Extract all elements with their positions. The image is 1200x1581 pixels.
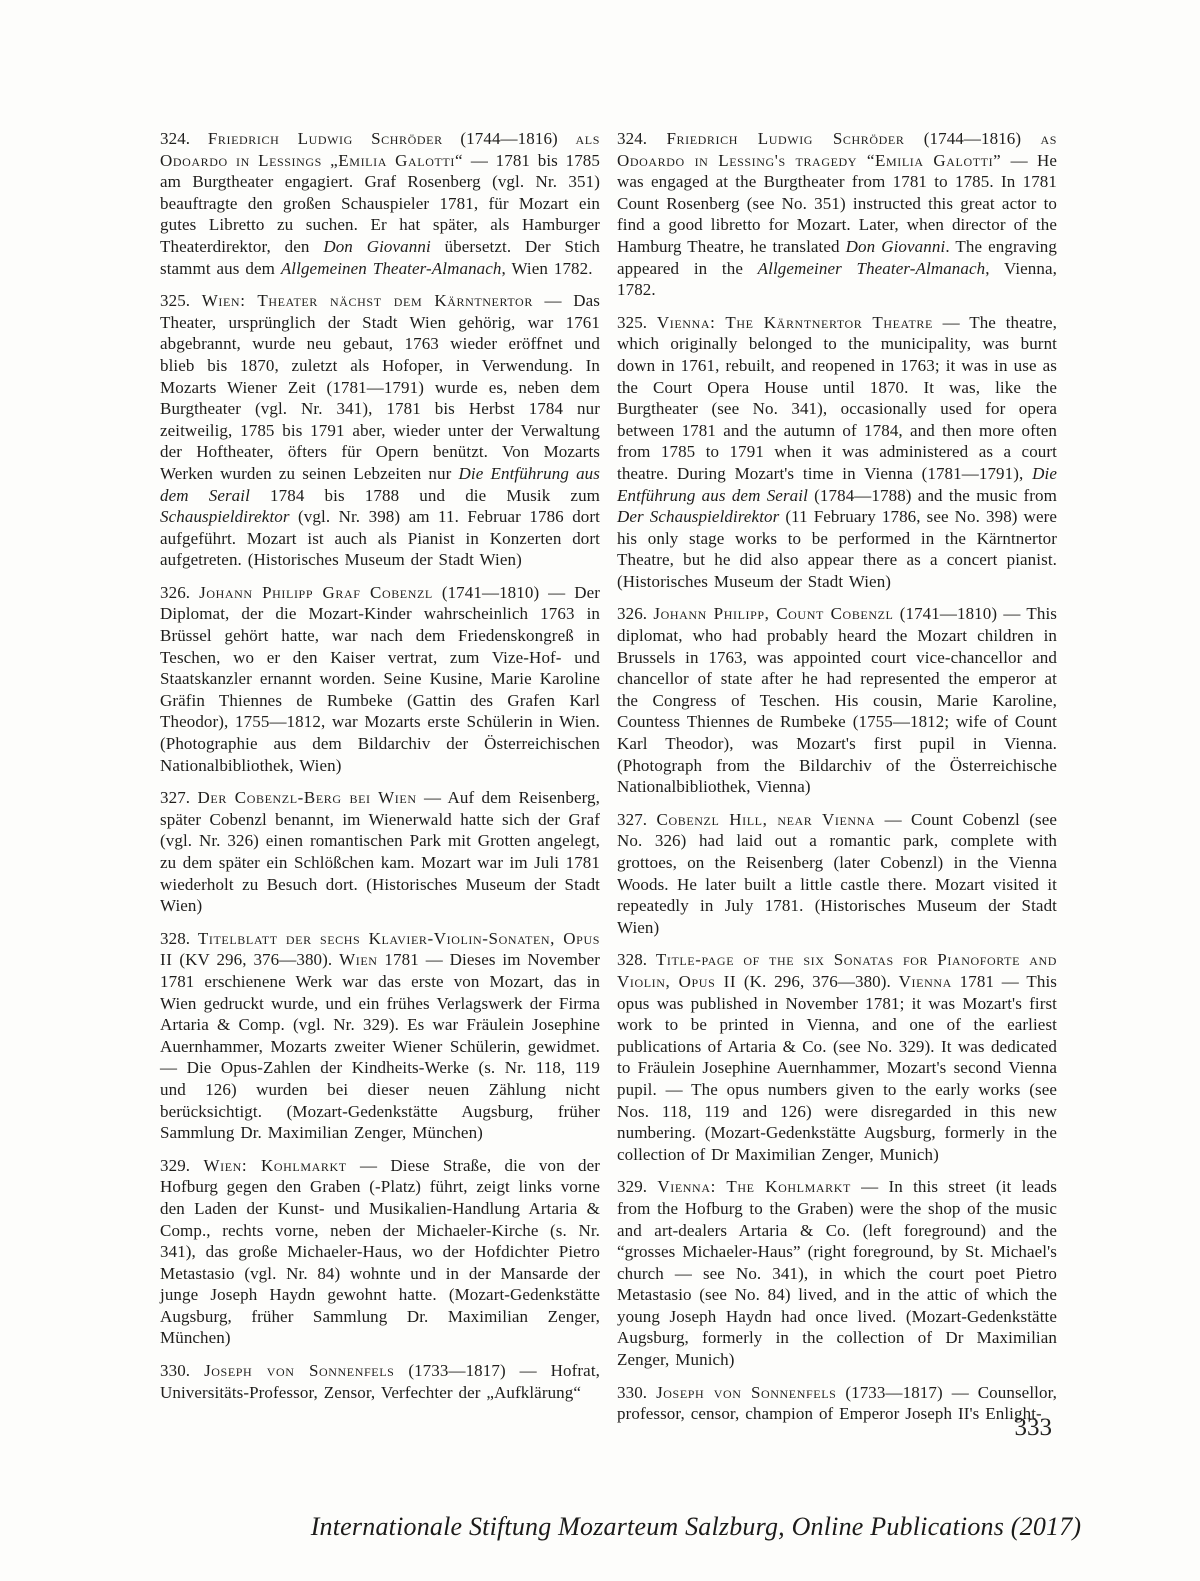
entry-327-german: 327. Der Cobenzl-Berg bei Wien — Auf dem… <box>160 787 600 917</box>
footer-credit: Internationale Stiftung Mozarteum Salzbu… <box>0 1512 1200 1542</box>
english-column: 324. Friedrich Ludwig Schröder (1744—181… <box>617 128 1057 1436</box>
entry-328-german: 328. Titelblatt der sechs Klavier-Violin… <box>160 928 600 1144</box>
entry-324-english: 324. Friedrich Ludwig Schröder (1744—181… <box>617 128 1057 301</box>
text-columns: 324. Friedrich Ludwig Schröder (1744—181… <box>160 128 1057 1436</box>
german-column: 324. Friedrich Ludwig Schröder (1744—181… <box>160 128 600 1436</box>
entry-326-german: 326. Johann Philipp Graf Cobenzl (1741—1… <box>160 582 600 776</box>
entry-329-german: 329. Wien: Kohlmarkt — Diese Straße, die… <box>160 1155 600 1349</box>
entry-326-english: 326. Johann Philipp, Count Cobenzl (1741… <box>617 603 1057 797</box>
entry-324-german: 324. Friedrich Ludwig Schröder (1744—181… <box>160 128 600 279</box>
entry-330-german: 330. Joseph von Sonnenfels (1733—1817) —… <box>160 1360 600 1403</box>
entry-327-english: 327. Cobenzl Hill, near Vienna — Count C… <box>617 809 1057 939</box>
entry-328-english: 328. Title-page of the six Sonatas for P… <box>617 949 1057 1165</box>
book-page: 324. Friedrich Ludwig Schröder (1744—181… <box>0 0 1200 1581</box>
entry-325-english: 325. Vienna: The Kärntnertor Theatre — T… <box>617 312 1057 593</box>
entry-329-english: 329. Vienna: The Kohlmarkt — In this str… <box>617 1176 1057 1370</box>
page-number: 333 <box>160 1413 1052 1443</box>
entry-325-german: 325. Wien: Theater nächst dem Kärntnerto… <box>160 290 600 571</box>
